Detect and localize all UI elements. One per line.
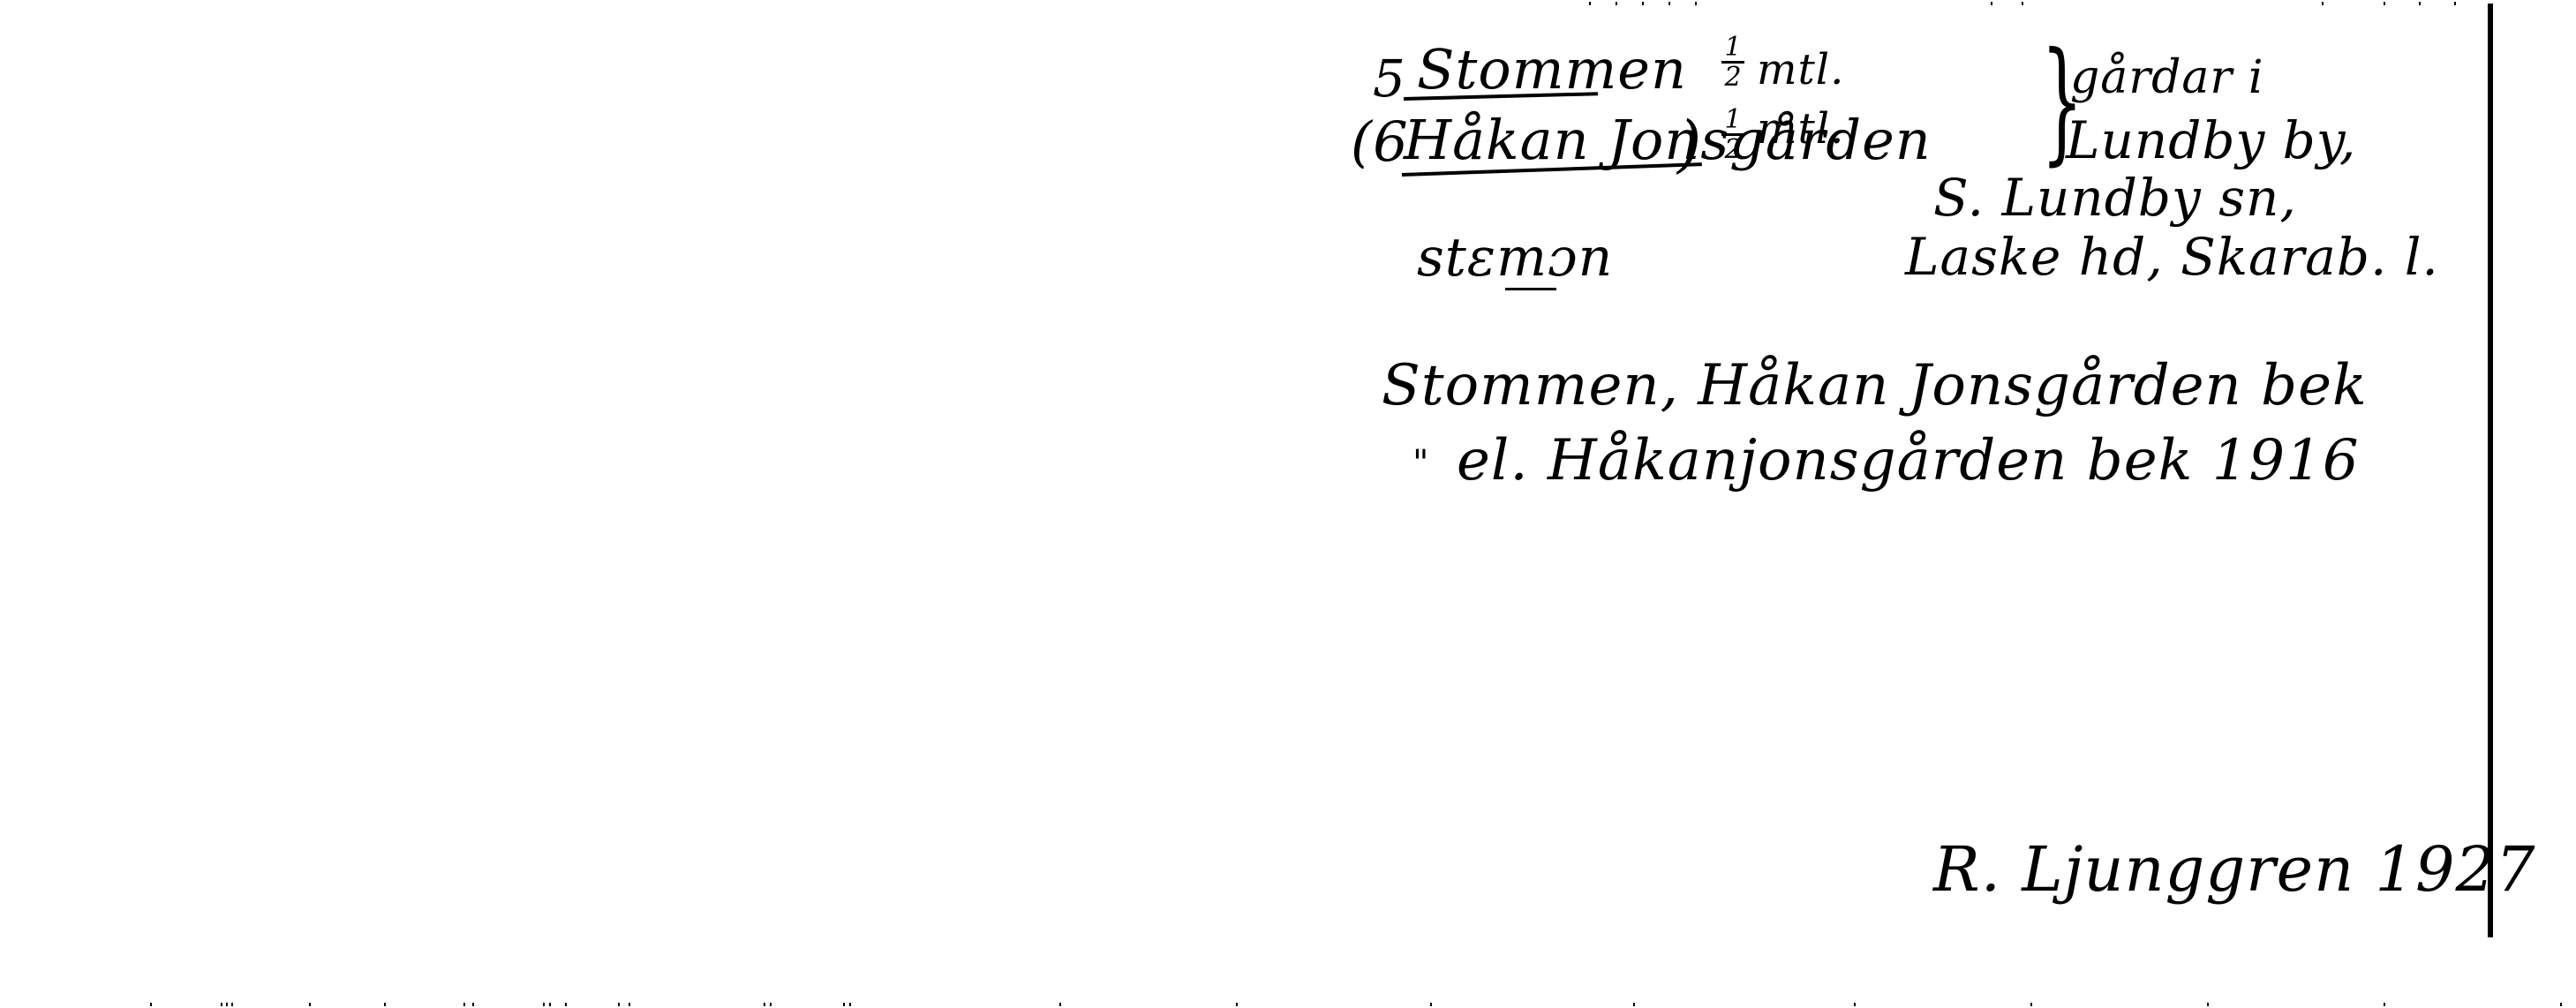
entry-6-close-paren: ) <box>1677 113 1702 175</box>
entry-6-number: (6 <box>1351 115 1409 169</box>
location-line-2: Lundby by, <box>2066 115 2356 166</box>
signature: R. Ljunggren 1927 <box>1933 839 2536 900</box>
card-right-edge <box>2488 4 2493 937</box>
entry-5-share-fraction: 1 2 <box>1721 35 1744 89</box>
fraction-numerator: 1 <box>1721 108 1744 132</box>
location-line-1: gårdar i <box>2070 55 2263 101</box>
entry-6-share-unit: mtl. <box>1757 108 1844 150</box>
notes-line-1: Stommen, Håkan Jonsgården bek <box>1382 357 2368 414</box>
fraction-denominator: 2 <box>1721 138 1744 162</box>
location-line-3: S. Lundby sn, <box>1933 172 2297 223</box>
entry-5-share-unit: mtl. <box>1757 49 1844 91</box>
entry-6-share-fraction: 1 2 <box>1721 108 1744 162</box>
entry-5-name: Stommen <box>1417 42 1687 97</box>
entry-6-name: Håkan Jonsgården <box>1404 113 1932 168</box>
pronunciation-underline <box>1505 288 1556 290</box>
archive-card: 5 Stommen (6 Håkan Jonsgården ) 1 2 mtl.… <box>0 0 2576 1008</box>
notes-line-2: el. Håkanjonsgården bek 1916 <box>1457 433 2360 489</box>
entry-5-number: 5 <box>1373 53 1406 104</box>
fraction-numerator: 1 <box>1721 35 1744 59</box>
scan-noise-top <box>0 2 2576 5</box>
notes-line-2-ditto: " <box>1412 446 1429 481</box>
fraction-denominator: 2 <box>1721 65 1744 89</box>
location-line-4: Laske hd, Skarab. l. <box>1905 231 2439 282</box>
scan-noise-bottom <box>0 1003 2576 1006</box>
pronunciation: stɛmɔn <box>1417 231 1613 284</box>
